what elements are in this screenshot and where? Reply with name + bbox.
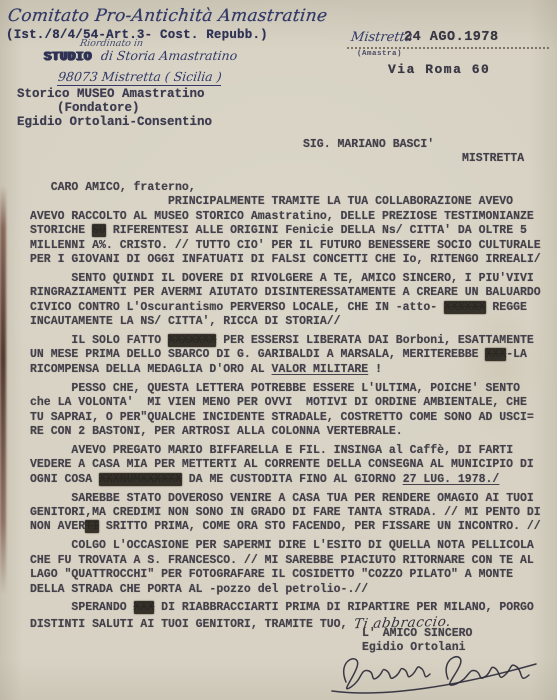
typed-text: SPERANDO	[30, 601, 134, 614]
letter-paragraph: PESSO CHE, QUESTA LETTERA POTREBBE ESSER…	[30, 382, 555, 440]
closing-line-1: L' AMICO SINCERO	[362, 627, 472, 640]
dateline-street-address: Via Roma 60	[388, 62, 490, 77]
struck-text: TI	[85, 520, 99, 533]
letterhead-studio-word: STUDIO	[44, 50, 92, 64]
typed-text: RIFERENTESI ALLE ORIGINI Fenicie DELLA N…	[30, 224, 541, 266]
struck-text: XXXXXXX	[168, 334, 216, 347]
recipient-city: MISTRETTA	[462, 152, 524, 165]
letterhead-town-line: 98073 Mistretta ( Sicilia )	[57, 69, 223, 86]
letter-paragraph: SPERANDO XXX DI RIABBRACCIARTI PRIMA DI …	[30, 601, 555, 632]
typed-text: COLGO L'OCCASIONE PER SAPERMI DIRE L'ESI…	[30, 539, 534, 595]
struck-text: XXXXXX	[444, 301, 485, 314]
typed-text: SRITTO PRIMA, COME ORA STO FACENDO, PER …	[99, 520, 541, 533]
typed-text: !	[368, 363, 382, 376]
recipient-name: SIG. MARIANO BASCI'	[303, 138, 434, 151]
letter-paragraph: COLGO L'OCCASIONE PER SAPERMI DIRE L'ESI…	[30, 539, 555, 597]
letterhead-studio-row: STUDIOdi Storia Amastratino	[44, 48, 237, 64]
scan-edge-smudge	[0, 186, 6, 594]
dateline-place-subnote: (Amastra)	[357, 50, 402, 58]
letterhead-studio-script: di Storia Amastratino	[100, 48, 238, 63]
struck-text: XXXNUMXXXXXX	[99, 473, 182, 486]
letter-paragraph: CARO AMICO, fraterno, PRINCIPALMENTE TRA…	[30, 181, 555, 267]
struck-text: XXX	[485, 348, 506, 361]
typed-text: DA ME CUSTODITA FINO AL GIORNO	[182, 473, 403, 486]
typed-text: PESSO CHE, QUESTA LETTERA POTREBBE ESSER…	[30, 382, 534, 438]
letter-paragraph: IL SOLO FATTO XXXXXXX PER ESSERSI LIBERA…	[30, 334, 555, 377]
letter-paragraph: AVEVO PREGATO MARIO BIFFARELLA E FIL. IN…	[30, 444, 555, 487]
handwritten-signature	[318, 648, 543, 698]
letter-body: CARO AMICO, fraterno, PRINCIPALMENTE TRA…	[30, 181, 555, 637]
letterhead-title-script: Comitato Pro-Antichità Amastratine	[7, 6, 329, 26]
letterhead-founder-line-1: Storico MUSEO Amastratino	[17, 87, 205, 101]
struck-text: XXX	[134, 601, 155, 614]
typed-text: IL SOLO FATTO	[30, 334, 168, 347]
letter-page: Comitato Pro-Antichità Amastratine (Ist.…	[0, 0, 557, 700]
dateline-date: 24 AGO.1978	[404, 30, 499, 45]
letterhead-founder-line-3: Egidio Ortolani-Consentino	[17, 115, 212, 129]
underlined-text: VALOR MILITARE	[272, 363, 369, 376]
underlined-text: 27 LUG. 1978./	[403, 473, 500, 486]
letter-paragraph: SENTO QUINDI IL DOVERE DI RIVOLGERE A TE…	[30, 272, 555, 330]
letterhead-founder-line-2: (Fondatore)	[57, 101, 140, 115]
letter-paragraph: SAREBBE STATO DOVEROSO VENIRE A CASA TUA…	[30, 492, 555, 535]
struck-text: SU	[92, 224, 106, 237]
